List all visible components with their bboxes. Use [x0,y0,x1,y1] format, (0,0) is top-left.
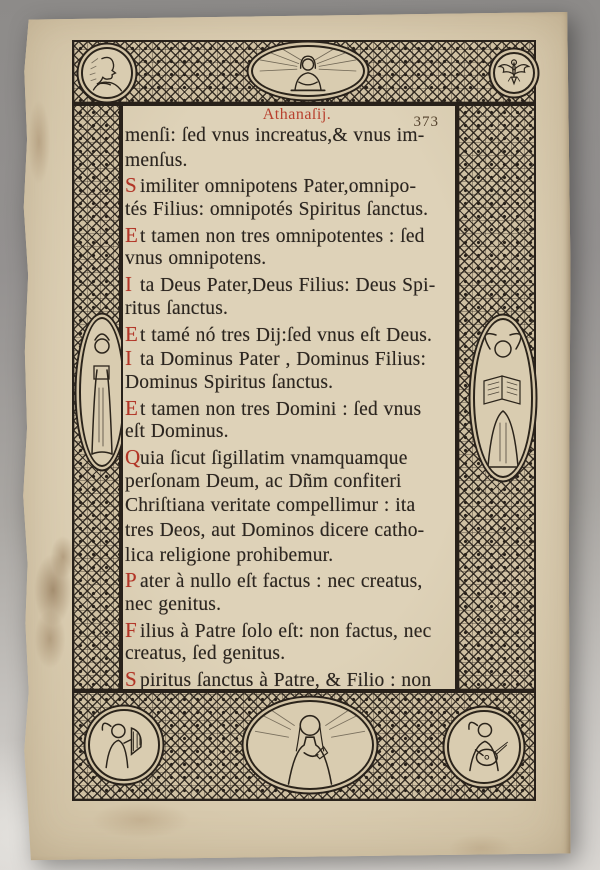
creed-text: menſi: ſed vnus increatus,& vnus im- men… [125,124,455,691]
line-text: perſonam Deum, ac Dñm confiteri [125,471,402,492]
line-text: ta Dominus Pater , Dominus Filius: [140,349,426,370]
leaf-wrapper: Athanaſij. 373 menſi: ſed vnus increatus… [0,0,600,870]
text-line: Et tamen non tres omnipotentes : ſed [125,223,455,248]
bottom-left-medallion [88,709,160,781]
line-text: ritus ſanctus. [125,298,228,319]
text-line: Pater à nullo eſt factus : nec creatus, [125,568,455,593]
line-text: t tamen non tres Domini : ſed vnus [140,399,421,420]
line-text: menſi: ſed vnus increatus,& vnus im- [125,125,424,146]
text-line: eſt Dominus. [125,420,455,445]
line-text: imiliter omnipotens Pater,omnipo- [140,176,416,197]
rubric-initial: P [125,568,138,593]
top-left-medallion [81,47,133,99]
line-text: creatus, ſed genitus. [125,643,285,664]
text-line: nec genitus. [125,593,455,618]
text-line: menſi: ſed vnus increatus,& vnus im- [125,124,455,149]
text-line: tres Deos, aut Dominos dicere catho- [125,519,455,544]
line-text: vnus omnipotens. [125,248,266,269]
rubric-initial: F [125,618,138,643]
praying-figure-icon [251,704,369,786]
line-text: t tamen non tres omnipotentes : ſed [140,226,425,247]
left-side-medallion [79,317,125,467]
text-line: Et tamen non tres Domini : ſed vnus [125,396,455,421]
line-text: eſt Dominus. [125,421,229,442]
rubric-initial: Q [125,445,138,470]
line-text: ta Deus Pater,Deus Filius: Deus Spi- [140,275,435,296]
text-line: Ita Deus Pater,Deus Filius: Deus Spi- [125,272,455,297]
text-line: Dominus Spiritus ſanctus. [125,371,455,396]
line-text: piritus ſanctus à Patre, & Filio : non [140,670,431,691]
eagle-icon [496,55,532,91]
robed-figure-book-icon [82,322,122,462]
text-block: Athanaſij. 373 menſi: ſed vnus increatus… [121,104,457,691]
line-text: tres Deos, aut Dominos dicere catho- [125,520,424,541]
text-line: creatus, ſed genitus. [125,642,455,667]
line-text: tés Filius: omnipotés Spiritus ſanctus. [125,199,428,220]
rubric-initial: E [125,322,138,347]
text-line: perſonam Deum, ac Dñm confiteri [125,470,455,495]
rubric-initial: I [125,346,138,371]
text-line: ritus ſanctus. [125,297,455,322]
bottom-right-medallion [447,710,521,784]
line-text: lica religione prohibemur. [125,545,333,566]
top-right-medallion [493,52,535,94]
angel-lute-icon [453,716,515,778]
line-text: nec genitus. [125,594,221,615]
text-line: Spiritus ſanctus à Patre, & Filio : non [125,667,455,691]
text-line: menſus. [125,149,455,174]
rubric-initial: S [125,173,138,198]
running-title: Athanaſij. [123,106,455,124]
right-side-medallion [473,318,533,478]
bottom-center-medallion [246,700,374,790]
scholar-writing-icon [254,47,362,95]
angel-open-book-icon [476,323,530,473]
line-text: ater à nullo eſt factus : nec creatus, [140,571,423,592]
rubric-initial: S [125,667,138,691]
text-line: vnus omnipotens. [125,247,455,272]
line-text: t tamé nó tres Dij:ſed vnus eſt Deus. [140,325,432,346]
line-text: Chriſtiana veritate compellimur : ita [125,495,415,516]
text-line: Chriſtiana veritate compellimur : ita [125,494,455,519]
text-line: Ita Dominus Pater , Dominus Filius: [125,346,455,371]
line-text: menſus. [125,150,188,171]
top-center-medallion [251,45,365,97]
text-line: Filius à Patre ſolo eſt: non factus, nec [125,618,455,643]
text-line: lica religione prohibemur. [125,544,455,569]
rubric-initial: E [125,223,138,248]
rubric-initial: E [125,396,138,421]
angel-harp-icon [94,715,154,775]
text-line: Quia ſicut ſigillatim vnamquamque [125,445,455,470]
line-text: uia ſicut ſigillatim vnamquamque [140,448,408,469]
rubric-initial: I [125,272,138,297]
line-text: ilius à Patre ſolo eſt: non factus, nec [140,621,431,642]
printed-leaf: Athanaſij. 373 menſi: ſed vnus increatus… [21,12,571,861]
text-line: tés Filius: omnipotés Spiritus ſanctus. [125,198,455,223]
text-line: Similiter omnipotens Pater,omnipo- [125,173,455,198]
bearded-profile-icon [85,51,129,95]
line-text: Dominus Spiritus ſanctus. [125,372,333,393]
text-line: Et tamé nó tres Dij:ſed vnus eſt Deus. [125,322,455,347]
